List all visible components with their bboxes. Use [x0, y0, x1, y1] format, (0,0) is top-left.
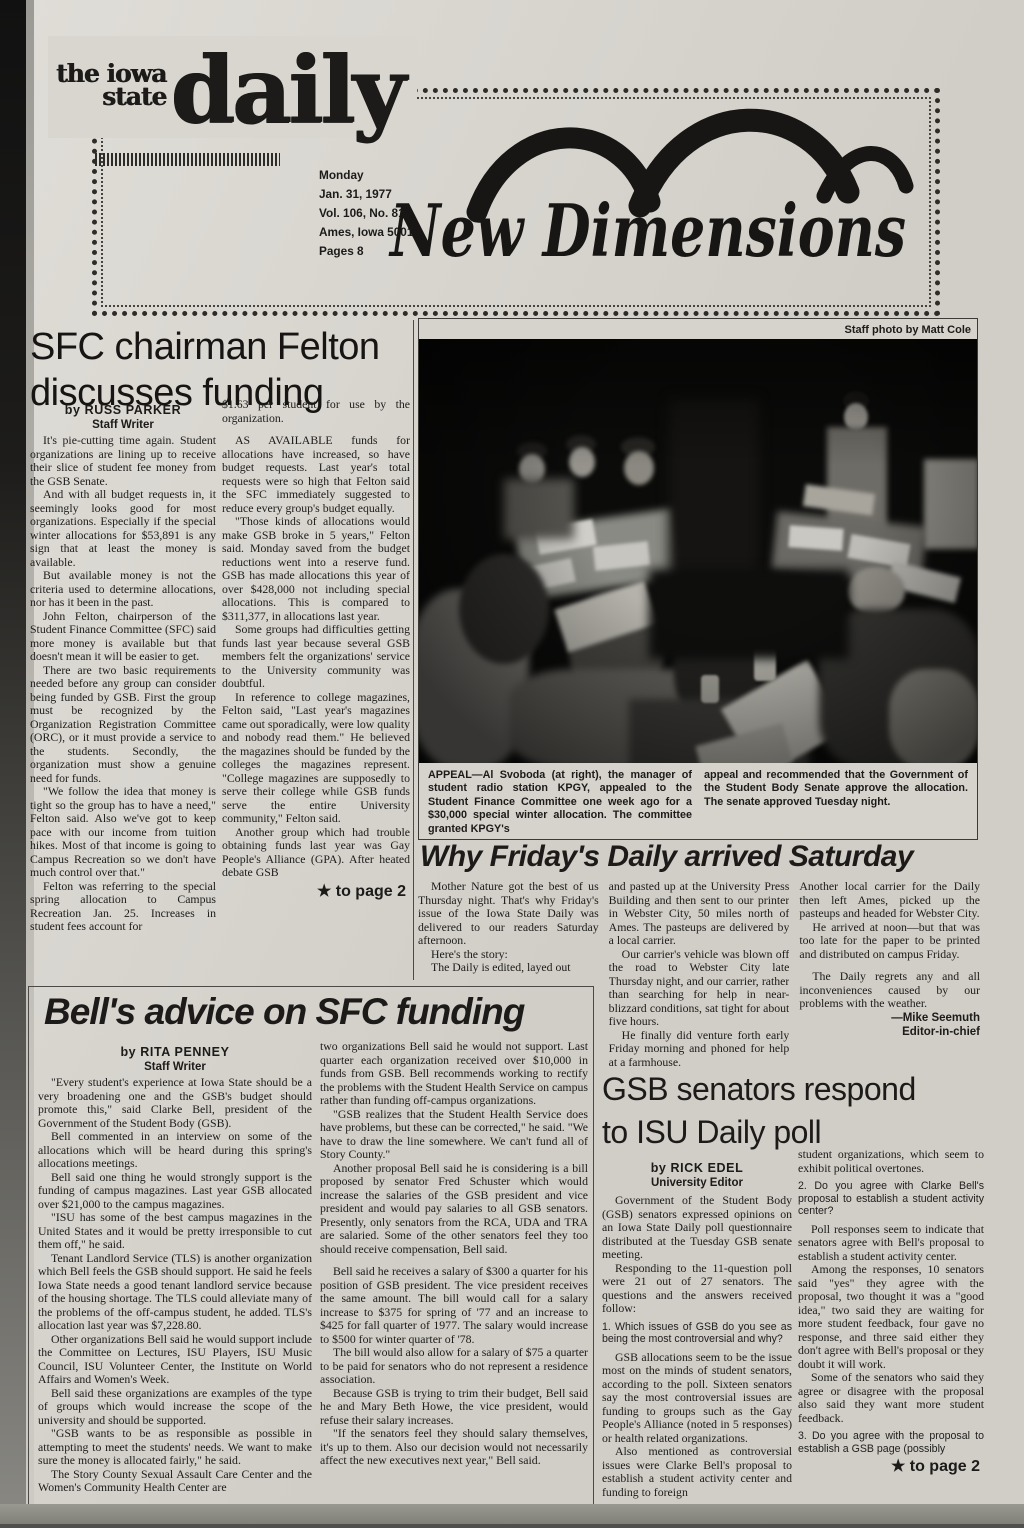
poll-byline: by RICK EDEL University Editor — [602, 1160, 792, 1191]
photo-box: Staff photo by Matt Cole — [418, 318, 978, 840]
bell-box-top-rule — [28, 986, 594, 987]
newspaper-brand: the iowa state daily — [48, 36, 417, 138]
poll-headline: GSB senators respond to ISU Daily poll — [602, 1068, 987, 1154]
photo-credit: Staff photo by Matt Cole — [419, 319, 977, 339]
felton-byline-author: by RUSS PARKER — [30, 402, 216, 418]
poll-column-1: Government of the Student Body (GSB) sen… — [602, 1194, 792, 1506]
bell-column-1: "Every student's experience at Iowa Stat… — [38, 1076, 312, 1500]
photo-caption: APPEAL—Al Svoboda (at right), the manage… — [419, 763, 977, 842]
poll-headline-line1: GSB senators respond — [602, 1071, 916, 1107]
bell-byline: by RITA PENNEY Staff Writer — [38, 1044, 312, 1075]
poll-column-2: student organizations, which seem to exh… — [798, 1148, 984, 1508]
bell-headline: Bell's advice on SFC funding — [44, 992, 589, 1032]
scan-edge-bottom-dark — [0, 1524, 1024, 1528]
weather-headline: Why Friday's Daily arrived Saturday — [420, 840, 980, 874]
weather-signature-role: Editor-in-chief — [799, 1025, 980, 1039]
bell-byline-author: by RITA PENNEY — [38, 1044, 312, 1060]
column-rule-felton-photo — [413, 320, 414, 980]
meeting-photo — [419, 339, 977, 763]
felton-jump-line: ★ to page 2 — [222, 885, 410, 899]
bell-box-left-rule — [28, 986, 29, 1520]
weather-column-3: Another local carrier for the Daily then… — [799, 880, 980, 1080]
poll-column-2-text: student organizations, which seem to exh… — [798, 1148, 984, 1455]
bell-column-2: two organizations Bell said he would not… — [320, 1040, 588, 1502]
weather-signature-name: —Mike Seemuth — [799, 1011, 980, 1025]
felton-column-2: $1.63 per student for use by the organiz… — [222, 398, 410, 986]
poll-byline-author: by RICK EDEL — [602, 1160, 792, 1176]
edition-title-text: New Dimensions — [388, 188, 906, 273]
felton-column-1: It's pie-cutting time again. Student org… — [30, 434, 216, 982]
poll-byline-role: University Editor — [602, 1176, 792, 1191]
brand-state: state — [102, 82, 166, 111]
poll-jump-line: ★ to page 2 — [798, 1460, 984, 1474]
bell-poll-divider-rule — [593, 986, 594, 1520]
masthead-checkered-strip — [95, 150, 280, 169]
weather-column-3-text: Another local carrier for the Daily then… — [799, 880, 980, 1011]
brand-small-text: the iowa state — [56, 40, 166, 108]
weather-column-2: and pasted up at the University Press Bu… — [609, 880, 790, 1080]
felton-headline-line1: SFC chairman Felton — [30, 326, 380, 368]
poll-headline-line2: to ISU Daily poll — [602, 1114, 821, 1150]
bell-byline-role: Staff Writer — [38, 1060, 312, 1075]
new-dimensions-logo: New Dimensions — [382, 104, 917, 284]
photo-caption-col1: APPEAL—Al Svoboda (at right), the manage… — [428, 769, 692, 836]
brand-daily: daily — [170, 40, 402, 128]
felton-byline: by RUSS PARKER Staff Writer — [30, 402, 216, 433]
newspaper-front-page: the iowa state daily MondayJan. 31, 1977… — [0, 0, 1024, 1528]
felton-column-2-text: $1.63 per student for use by the organiz… — [222, 398, 410, 880]
photo-caption-col2: appeal and recommended that the Governme… — [704, 769, 968, 836]
scan-edge-left — [0, 0, 26, 1528]
felton-byline-role: Staff Writer — [30, 418, 216, 433]
